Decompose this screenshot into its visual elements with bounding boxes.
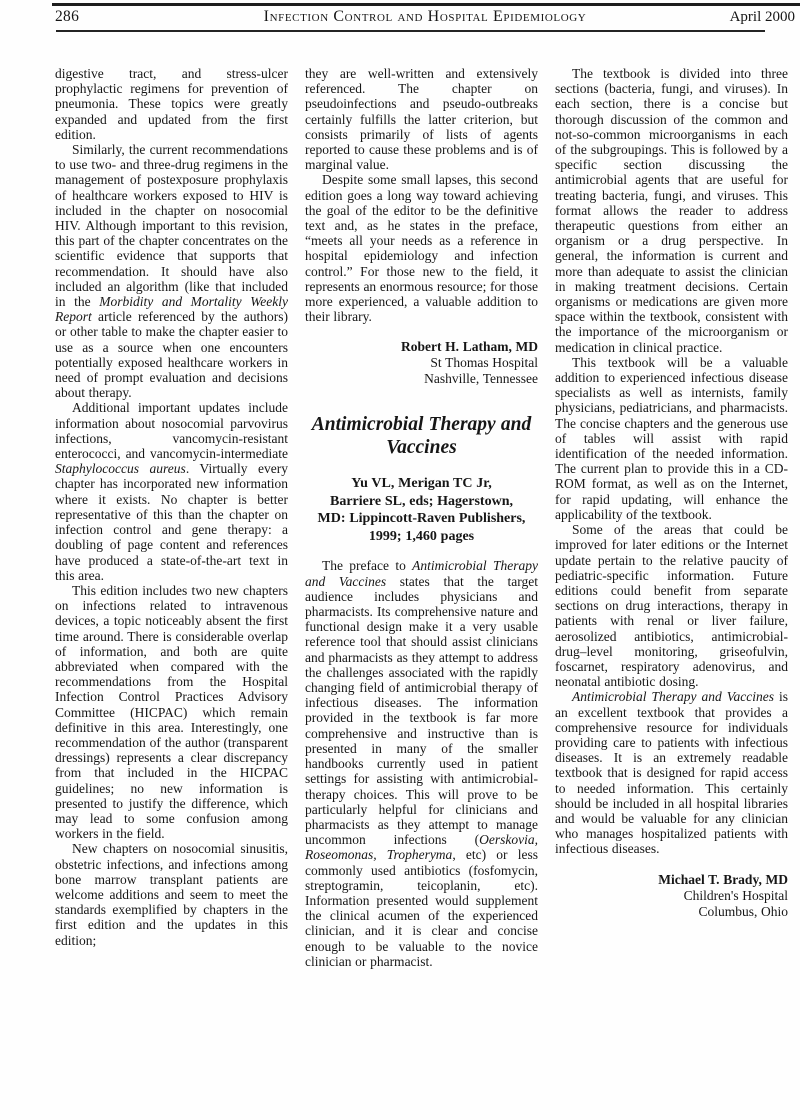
text-column-2: they are well-written and extensively re… [305,66,538,969]
journal-page: 286 Infection Control and Hospital Epide… [0,0,800,1120]
text-run: Similarly, the current recommendations t… [55,142,288,309]
page-number: 286 [55,8,175,26]
book-citation-line: Yu VL, Merigan TC Jr, [305,475,538,493]
reviewer-affiliation: St Thomas Hospital [305,355,538,371]
text-column-3: The textbook is divided into three secti… [555,66,788,969]
journal-title: Infection Control and Hospital Epidemiol… [175,8,675,26]
text-run: The preface to [322,558,412,573]
paragraph: New chapters on nosocomial sinusitis, ob… [55,841,288,947]
text-run: . Virtually every chapter has incorporat… [55,461,288,582]
text-run: New chapters on nosocomial sinusitis, ob… [55,841,288,947]
page-header: 286 Infection Control and Hospital Epide… [55,8,795,26]
text-run: they are well-written and extensively re… [305,66,538,172]
paragraph: The preface to Antimicrobial Therapy and… [305,558,538,968]
italic-text-run: Staphylococcus aureus [55,461,186,476]
italic-text-run: Antimicrobial Therapy and Vaccines [572,689,774,704]
paragraph: Additional important updates include inf… [55,400,288,582]
reviewer-signature: Michael T. Brady, MDChildren's HospitalC… [555,872,788,920]
header-rule-top [52,3,800,6]
article-body: digestive tract, and stress-ulcer prophy… [55,66,788,969]
reviewer-affiliation: Nashville, Tennessee [305,371,538,387]
paragraph: digestive tract, and stress-ulcer prophy… [55,66,288,142]
book-review-title-line: Vaccines [305,436,538,459]
paragraph: they are well-written and extensively re… [305,66,538,172]
reviewer-name: Robert H. Latham, MD [305,339,538,355]
issue-date: April 2000 [675,9,795,26]
paragraph: Similarly, the current recommendations t… [55,142,288,400]
paragraph: This textbook will be a valuable additio… [555,355,788,522]
book-review-title-line: Antimicrobial Therapy and [305,413,538,436]
text-run: Despite some small lapses, this second e… [305,172,538,324]
paragraph: The textbook is divided into three secti… [555,66,788,355]
text-run: , etc) or less commonly used antibiotics… [305,847,538,968]
book-citation-line: 1999; 1,460 pages [305,528,538,546]
paragraph: Antimicrobial Therapy and Vaccines is an… [555,689,788,856]
text-run: The textbook is divided into three secti… [555,66,788,355]
text-run: This textbook will be a valuable additio… [555,355,788,522]
text-run: states that the target audience includes… [305,574,538,847]
paragraph: This edition includes two new chapters o… [55,583,288,841]
paragraph: Some of the areas that could be improved… [555,522,788,689]
paragraph: Despite some small lapses, this second e… [305,172,538,324]
text-run: is an excellent textbook that provides a… [555,689,788,856]
text-run: This edition includes two new chapters o… [55,583,288,841]
header-rule-bottom [56,30,765,32]
book-citation-line: Barriere SL, eds; Hagerstown, [305,493,538,511]
book-review-title: Antimicrobial Therapy andVaccines [305,413,538,459]
text-run: Additional important updates include inf… [55,400,288,461]
reviewer-signature: Robert H. Latham, MDSt Thomas HospitalNa… [305,339,538,387]
reviewer-affiliation: Children's Hospital [555,888,788,904]
reviewer-affiliation: Columbus, Ohio [555,904,788,920]
book-citation-line: MD: Lippincott-Raven Publishers, [305,510,538,528]
text-run: Some of the areas that could be improved… [555,522,788,689]
reviewer-name: Michael T. Brady, MD [555,872,788,888]
text-column-1: digestive tract, and stress-ulcer prophy… [55,66,288,969]
book-citation: Yu VL, Merigan TC Jr,Barriere SL, eds; H… [305,475,538,545]
text-run: digestive tract, and stress-ulcer prophy… [55,66,288,142]
